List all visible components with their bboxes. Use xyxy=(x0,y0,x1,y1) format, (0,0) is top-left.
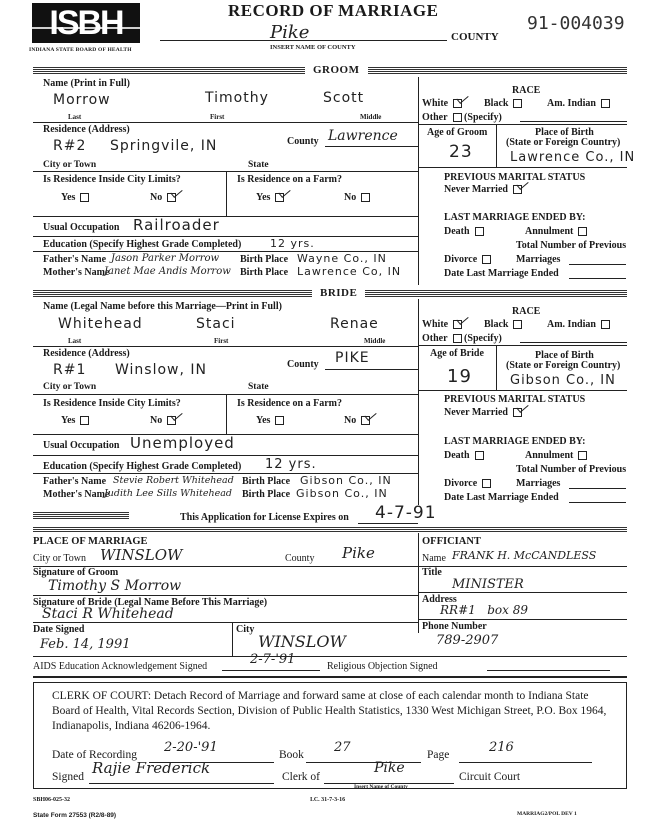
officiant-address[interactable]: RR#1 box 89 xyxy=(440,603,528,617)
bride-father-name[interactable]: Stevie Robert Whitehead xyxy=(113,475,234,486)
groom-farm-no[interactable]: No xyxy=(344,192,370,203)
book-value[interactable]: 27 xyxy=(334,740,351,755)
no-label: No xyxy=(150,192,162,203)
page-label: Page xyxy=(427,749,449,761)
groom-never-married[interactable]: Never Married xyxy=(444,184,522,195)
city-label: City or Town xyxy=(33,553,86,564)
checkbox[interactable] xyxy=(361,193,370,202)
birth-place-label: Birth Place xyxy=(240,254,288,265)
checkbox[interactable] xyxy=(475,227,484,236)
groom-farm-yes[interactable]: Yes xyxy=(256,192,284,203)
city-caption: City or Town xyxy=(43,160,96,170)
prev-marital-status-label: PREVIOUS MARITAL STATUS xyxy=(444,172,585,183)
circuit-court-label: Circuit Court xyxy=(459,771,520,783)
signed-label: Signed xyxy=(52,771,84,783)
checkbox[interactable] xyxy=(601,320,610,329)
groom-mother-name[interactable]: Janet Mae Andis Morrow xyxy=(104,266,231,277)
sign-city-label: City xyxy=(236,624,254,635)
groom-birthplace[interactable]: Lawrence Co., IN xyxy=(510,150,635,165)
yes-label: Yes xyxy=(61,415,75,426)
checkbox[interactable] xyxy=(453,334,462,343)
checkbox[interactable] xyxy=(578,451,587,460)
am-indian-label: Am. Indian xyxy=(547,319,596,330)
race-label: RACE xyxy=(512,85,540,96)
clerk-of-court-box: CLERK OF COURT: Detach Record of Marriag… xyxy=(33,682,627,789)
birth-place-label: Birth Place xyxy=(242,476,290,487)
bride-first-name[interactable]: Staci xyxy=(196,316,236,332)
state-caption: State xyxy=(248,160,269,170)
bride-divorce[interactable]: Divorce xyxy=(444,478,491,489)
checkbox[interactable] xyxy=(578,227,587,236)
clerk-of-county[interactable]: Pike xyxy=(374,760,405,776)
state-form-number: State Form 27553 (R2/8-89) xyxy=(33,812,116,819)
checkbox[interactable] xyxy=(482,479,491,488)
bride-farm-no[interactable]: No xyxy=(344,415,370,426)
middle-caption: Middle xyxy=(360,113,381,121)
checkbox[interactable] xyxy=(453,113,462,122)
middle-caption: Middle xyxy=(364,337,385,345)
checkbox-checked[interactable] xyxy=(167,416,176,425)
clerk-instructions: CLERK OF COURT: Detach Record of Marriag… xyxy=(52,689,612,734)
bride-farm-yes[interactable]: Yes xyxy=(256,415,284,426)
bride-residence-address[interactable]: R#1 xyxy=(53,362,86,378)
groom-education-label: Education (Specify Highest Grade Complet… xyxy=(43,239,241,250)
white-label: White xyxy=(422,319,448,330)
specify-label: (Specify) xyxy=(464,333,502,344)
bride-mother-label: Mother's Name xyxy=(43,489,109,500)
aids-ack-value[interactable]: 2-7-'91 xyxy=(250,652,295,667)
religious-objection-label: Religious Objection Signed xyxy=(327,661,438,672)
bride-father-label: Father's Name xyxy=(43,476,106,487)
groom-residence-address[interactable]: R#2 xyxy=(53,138,86,154)
last-caption: Last xyxy=(68,337,81,345)
checkbox-checked[interactable] xyxy=(275,193,284,202)
bride-city-limits-label: Is Residence Inside City Limits? xyxy=(43,398,181,409)
birth-place-label: Birth Place xyxy=(242,489,290,500)
groom-mother-birthplace[interactable]: Lawrence Co, IN xyxy=(297,265,401,278)
logo-caption: INDIANA STATE BOARD OF HEALTH xyxy=(29,47,132,53)
county-caption: INSERT NAME OF COUNTY xyxy=(270,44,356,51)
officiant-label: OFFICIANT xyxy=(422,536,481,547)
yes-label: Yes xyxy=(256,192,270,203)
bride-occupation[interactable]: Unemployed xyxy=(130,434,235,452)
groom-city-limits-label: Is Residence Inside City Limits? xyxy=(43,174,181,185)
date-signed[interactable]: Feb. 14, 1991 xyxy=(40,637,130,652)
yes-label: Yes xyxy=(61,192,75,203)
death-label: Death xyxy=(444,226,470,237)
bride-county[interactable]: PIKE xyxy=(335,350,370,366)
other-label: Other xyxy=(422,333,448,344)
page-value[interactable]: 216 xyxy=(489,740,514,755)
bride-name-label: Name (Legal Name before this Marriage—Pr… xyxy=(43,301,282,312)
checkbox[interactable] xyxy=(80,416,89,425)
black-label: Black xyxy=(484,319,508,330)
bride-death[interactable]: Death xyxy=(444,450,484,461)
checkbox[interactable] xyxy=(513,320,522,329)
bride-birthplace[interactable]: Gibson Co., IN xyxy=(510,373,616,388)
no-label: No xyxy=(344,192,356,203)
groom-race-white[interactable]: White xyxy=(422,98,462,109)
marriages-label: Marriages xyxy=(516,254,560,265)
am-indian-label: Am. Indian xyxy=(547,98,596,109)
last-caption: Last xyxy=(68,113,81,121)
bride-never-married[interactable]: Never Married xyxy=(444,407,522,418)
total-previous-label: Total Number of Previous xyxy=(516,240,626,251)
groom-residence-city[interactable]: Springvile, IN xyxy=(110,138,217,154)
checkbox[interactable] xyxy=(482,255,491,264)
checkbox-checked[interactable] xyxy=(167,193,176,202)
bride-education[interactable]: 12 yrs. xyxy=(265,457,317,472)
isbh-logo: ISBH xyxy=(32,3,140,43)
last-marriage-ended-label: LAST MARRIAGE ENDED BY: xyxy=(444,212,585,223)
bride-occupation-label: Usual Occupation xyxy=(43,440,119,451)
groom-county[interactable]: Lawrence xyxy=(328,128,398,144)
bride-farm-label: Is Residence on a Farm? xyxy=(237,398,342,409)
groom-city-limits-no[interactable]: No xyxy=(150,192,176,203)
checkbox-checked[interactable] xyxy=(453,320,462,329)
state-caption: State xyxy=(248,382,269,392)
groom-name-label: Name (Print in Full) xyxy=(43,78,130,89)
groom-first-name[interactable]: Timothy xyxy=(205,90,269,106)
city-caption: City or Town xyxy=(43,382,96,392)
prev-marital-status-label: PREVIOUS MARITAL STATUS xyxy=(444,394,585,405)
officiant-title[interactable]: MINISTER xyxy=(452,577,524,592)
system-code: MARRIAG2/POL DEV 1 xyxy=(517,811,577,817)
date-last-marriage-label: Date Last Marriage Ended xyxy=(444,268,559,279)
groom-race-am-indian[interactable]: Am. Indian xyxy=(547,98,610,109)
total-previous-label: Total Number of Previous xyxy=(516,464,626,475)
clerk-signature[interactable]: Rajie Frederick xyxy=(92,759,210,777)
groom-signature[interactable]: Timothy S Morrow xyxy=(48,578,181,594)
checkbox-checked[interactable] xyxy=(513,408,522,417)
bride-father-birthplace[interactable]: Gibson Co., IN xyxy=(300,474,392,487)
checkbox-checked[interactable] xyxy=(453,99,462,108)
bride-city-limits-no[interactable]: No xyxy=(150,415,176,426)
groom-father-birthplace[interactable]: Wayne Co., IN xyxy=(297,252,387,265)
license-expires-value[interactable]: 4-7-91 xyxy=(375,503,437,523)
bride-residence-city[interactable]: Winslow, IN xyxy=(115,362,207,378)
bride-race-am-indian[interactable]: Am. Indian xyxy=(547,319,610,330)
clerk-of-caption: Insert Name of County xyxy=(354,784,408,790)
bride-race-other[interactable]: Other (Specify) xyxy=(422,333,502,344)
marriage-county[interactable]: Pike xyxy=(342,544,375,562)
document-title: RECORD OF MARRIAGE xyxy=(228,1,438,21)
officiant-phone-label: Phone Number xyxy=(422,621,487,632)
annulment-label: Annulment xyxy=(525,226,573,237)
groom-signature-label: Signature of Groom xyxy=(33,567,118,578)
annulment-label: Annulment xyxy=(525,450,573,461)
divorce-label: Divorce xyxy=(444,478,477,489)
birth-place-label: Birth Place xyxy=(240,267,288,278)
birthplace-sub-label: (State or Foreign Country) xyxy=(506,137,620,148)
form-code: SBH06-025-32 xyxy=(33,797,70,803)
bride-city-limits-yes[interactable]: Yes xyxy=(61,415,89,426)
book-label: Book xyxy=(279,749,304,761)
bride-race-black[interactable]: Black xyxy=(484,319,522,330)
bride-annulment[interactable]: Annulment xyxy=(525,450,587,461)
groom-last-name[interactable]: Morrow xyxy=(53,92,111,108)
groom-race-other[interactable]: Other (Specify) xyxy=(422,112,502,123)
bride-last-name[interactable]: Whitehead xyxy=(58,316,143,332)
groom-father-label: Father's Name xyxy=(43,254,106,265)
divorce-label: Divorce xyxy=(444,254,477,265)
race-label: RACE xyxy=(512,306,540,317)
groom-death[interactable]: Death xyxy=(444,226,484,237)
checkbox[interactable] xyxy=(80,193,89,202)
bride-age-label: Age of Bride xyxy=(430,348,484,359)
county-label: County xyxy=(285,553,314,564)
date-last-marriage-label: Date Last Marriage Ended xyxy=(444,492,559,503)
bride-mother-name[interactable]: Judith Lee Sills Whitehead xyxy=(104,488,232,499)
no-label: No xyxy=(150,415,162,426)
checkbox[interactable] xyxy=(513,99,522,108)
bride-race-white[interactable]: White xyxy=(422,319,462,330)
checkbox[interactable] xyxy=(275,416,284,425)
sign-city[interactable]: WINSLOW xyxy=(258,632,346,651)
county-label: COUNTY xyxy=(451,31,499,43)
date-signed-label: Date Signed xyxy=(33,624,84,635)
groom-age[interactable]: 23 xyxy=(449,142,473,162)
bride-education-label: Education (Specify Highest Grade Complet… xyxy=(43,461,241,472)
specify-label: (Specify) xyxy=(464,112,502,123)
logo-text: ISBH xyxy=(32,3,140,43)
yes-label: Yes xyxy=(256,415,270,426)
bride-age[interactable]: 19 xyxy=(447,366,472,387)
groom-occupation[interactable]: Railroader xyxy=(133,216,220,234)
groom-divorce[interactable]: Divorce xyxy=(444,254,491,265)
bride-signature[interactable]: Staci R Whitehead xyxy=(42,606,174,622)
first-caption: First xyxy=(214,337,228,345)
groom-mother-label: Mother's Name xyxy=(43,267,109,278)
bride-middle-name[interactable]: Renae xyxy=(330,316,379,332)
groom-section-label: GROOM xyxy=(305,64,368,76)
record-number: 91-004039 xyxy=(527,13,625,34)
other-label: Other xyxy=(422,112,448,123)
groom-age-label: Age of Groom xyxy=(427,127,487,138)
heartbeat-line-icon xyxy=(32,27,140,29)
checkbox-checked[interactable] xyxy=(513,185,522,194)
black-label: Black xyxy=(484,98,508,109)
never-married-label: Never Married xyxy=(444,407,508,418)
marriage-city[interactable]: WINSLOW xyxy=(100,546,182,564)
marriages-label: Marriages xyxy=(516,478,560,489)
groom-farm-label: Is Residence on a Farm? xyxy=(237,174,342,185)
officiant-title-label: Title xyxy=(422,567,442,578)
birthplace-sub-label: (State or Foreign Country) xyxy=(506,360,620,371)
officiant-name[interactable]: FRANK H. McCANDLESS xyxy=(452,549,596,562)
groom-city-limits-yes[interactable]: Yes xyxy=(61,192,89,203)
groom-race-black[interactable]: Black xyxy=(484,98,522,109)
last-marriage-ended-label: LAST MARRIAGE ENDED BY: xyxy=(444,436,585,447)
death-label: Death xyxy=(444,450,470,461)
county-label: County xyxy=(287,136,319,147)
county-label: County xyxy=(287,359,319,370)
bride-section-label: BRIDE xyxy=(312,287,365,299)
never-married-label: Never Married xyxy=(444,184,508,195)
clerk-of-label: Clerk of xyxy=(282,771,320,783)
no-label: No xyxy=(344,415,356,426)
bride-mother-birthplace[interactable]: Gibson Co., IN xyxy=(296,487,388,500)
groom-education[interactable]: 12 yrs. xyxy=(270,237,315,250)
groom-occupation-label: Usual Occupation xyxy=(43,222,119,233)
recording-date-value[interactable]: 2-20-'91 xyxy=(164,740,218,755)
white-label: White xyxy=(422,98,448,109)
groom-father-name[interactable]: Jason Parker Morrow xyxy=(111,253,219,264)
officiant-phone[interactable]: 789-2907 xyxy=(436,633,498,648)
officiant-name-label: Name xyxy=(422,553,446,564)
checkbox[interactable] xyxy=(601,99,610,108)
groom-residence-label: Residence (Address) xyxy=(43,124,130,135)
license-expires-label: This Application for License Expires on xyxy=(180,512,349,523)
statute-ref: I.C. 31-7-3-16 xyxy=(310,797,345,803)
groom-middle-name[interactable]: Scott xyxy=(323,90,364,106)
checkbox[interactable] xyxy=(475,451,484,460)
groom-annulment[interactable]: Annulment xyxy=(525,226,587,237)
first-caption: First xyxy=(210,113,224,121)
bride-residence-label: Residence (Address) xyxy=(43,348,130,359)
aids-ack-label: AIDS Education Acknowledgement Signed xyxy=(33,661,207,672)
checkbox-checked[interactable] xyxy=(361,416,370,425)
